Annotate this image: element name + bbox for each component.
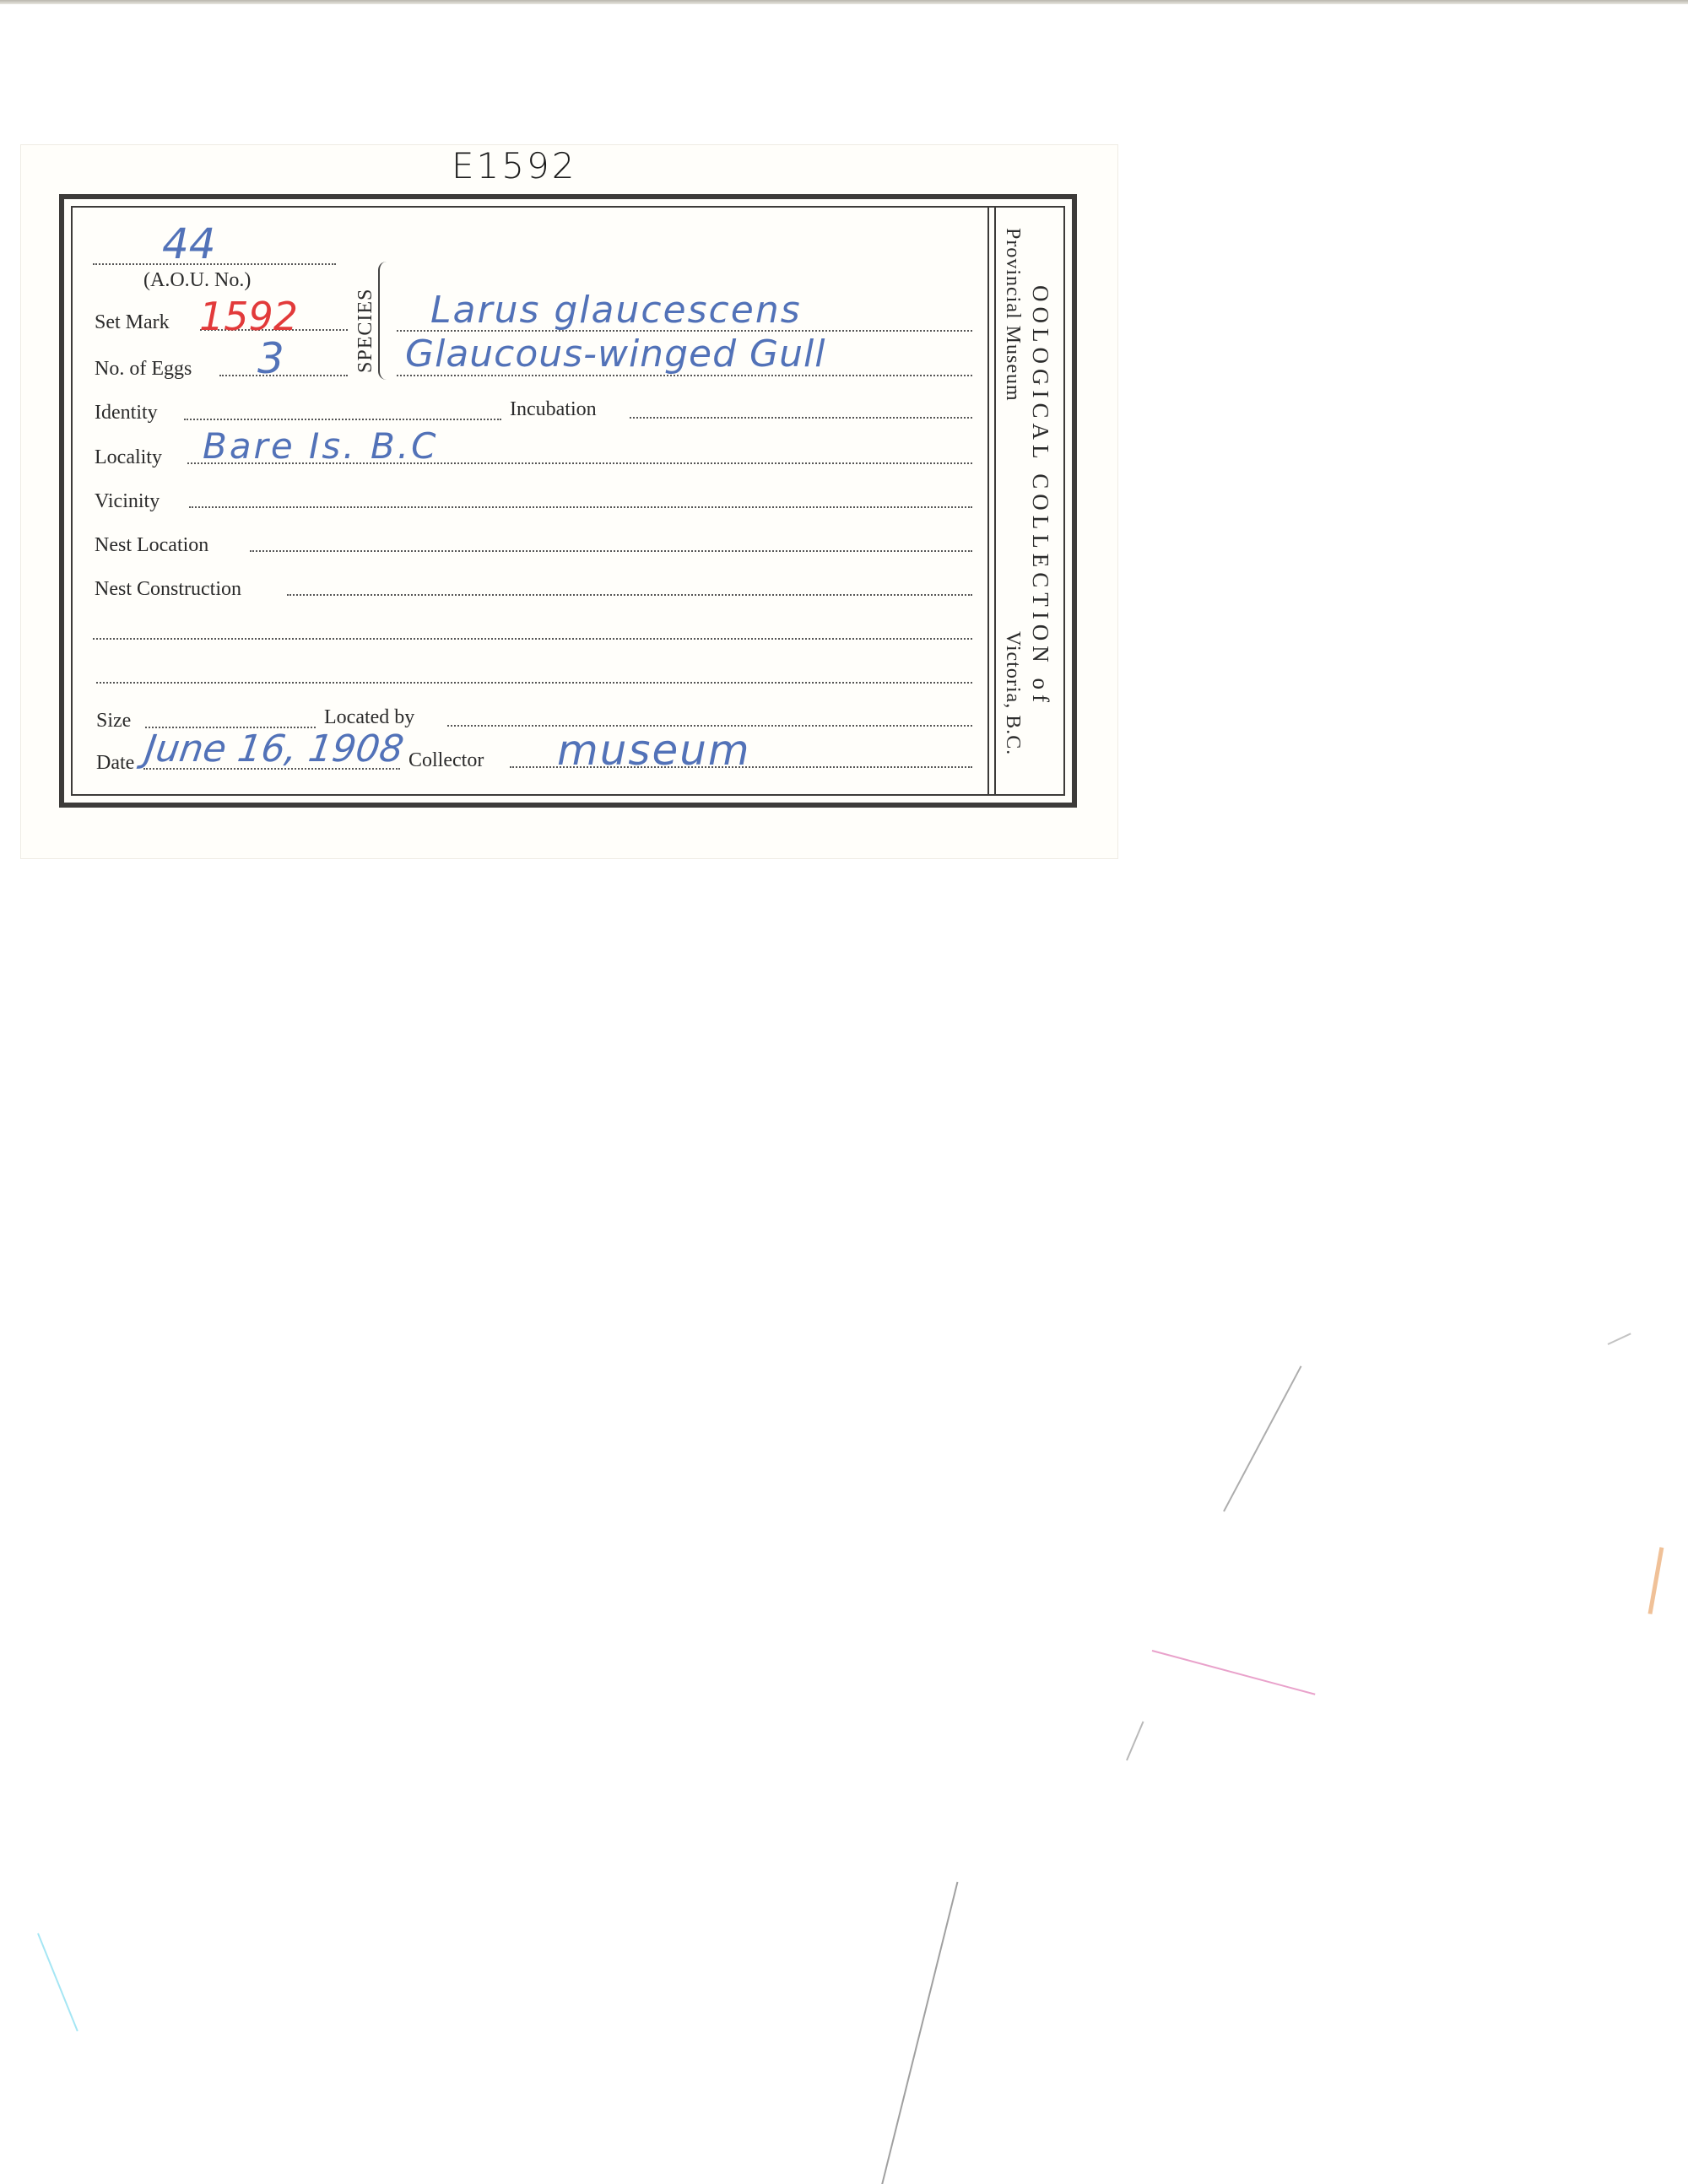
located-by-label: Located by bbox=[324, 707, 414, 727]
scan-mark bbox=[1152, 1650, 1316, 1695]
blank-line-2 bbox=[96, 682, 972, 684]
species-brace bbox=[378, 262, 388, 380]
card-subtitle-museum: Provincial Museum bbox=[1003, 228, 1023, 402]
nest-location-label: Nest Location bbox=[95, 535, 208, 555]
aou-line bbox=[93, 263, 336, 265]
aou-value: 44 bbox=[162, 223, 216, 265]
aou-label: (A.O.U. No.) bbox=[143, 270, 251, 290]
blank-line-1 bbox=[93, 638, 972, 640]
size-label: Size bbox=[96, 711, 131, 731]
scan-mark bbox=[1223, 1365, 1301, 1511]
species-label: SPECIES bbox=[354, 289, 377, 373]
scan-mark bbox=[37, 1933, 78, 2032]
scan-edge bbox=[0, 0, 1688, 4]
title-divider-right bbox=[994, 206, 996, 795]
scan-mark bbox=[1126, 1722, 1144, 1761]
identity-line bbox=[184, 419, 501, 420]
set-mark-value: 1592 bbox=[199, 297, 298, 336]
locality-label: Locality bbox=[95, 447, 162, 468]
title-divider-left bbox=[987, 206, 989, 795]
catalog-number: E1592 bbox=[452, 145, 576, 187]
collector-value: museum bbox=[557, 729, 751, 771]
incubation-line bbox=[630, 417, 972, 419]
eggs-label: No. of Eggs bbox=[95, 359, 192, 379]
eggs-value: 3 bbox=[257, 338, 284, 380]
date-value: June 16, 1908 bbox=[143, 731, 406, 768]
card-title: OOLOGICAL COLLECTION of bbox=[1029, 285, 1052, 707]
nest-location-line bbox=[250, 550, 972, 552]
incubation-label: Incubation bbox=[510, 399, 597, 419]
vicinity-line bbox=[189, 506, 972, 508]
date-label: Date bbox=[96, 753, 134, 773]
set-mark-label: Set Mark bbox=[95, 312, 170, 332]
identity-label: Identity bbox=[95, 403, 158, 423]
card-subtitle-location: Victoria, B.C. bbox=[1003, 631, 1023, 755]
scan-mark bbox=[881, 1882, 958, 2184]
scan-mark bbox=[1608, 1333, 1631, 1344]
nest-construction-label: Nest Construction bbox=[95, 579, 241, 599]
species-common-value: Glaucous-winged Gull bbox=[405, 336, 825, 373]
collector-label: Collector bbox=[408, 750, 484, 770]
nest-construction-line bbox=[287, 594, 972, 596]
species-scientific-value: Larus glaucescens bbox=[430, 292, 802, 329]
vicinity-label: Vicinity bbox=[95, 491, 160, 511]
scan-mark bbox=[1648, 1547, 1664, 1614]
locality-value: Bare Is. B.C bbox=[203, 429, 438, 464]
